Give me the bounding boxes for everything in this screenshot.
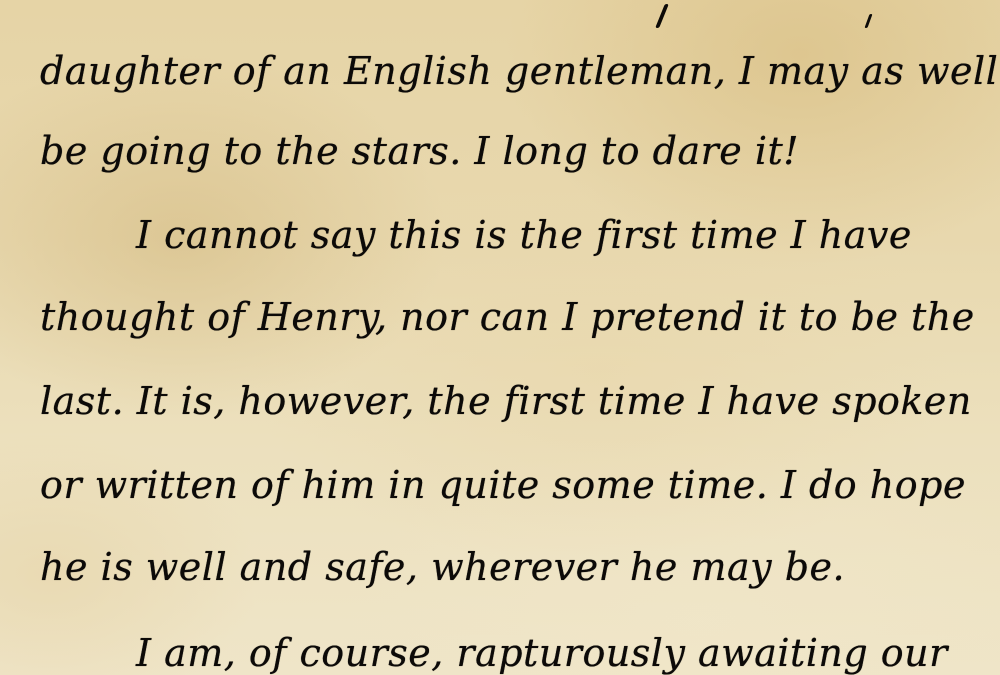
- partial-line-cropped: [660, 0, 870, 34]
- letter-page: daughter of an English gentleman, I may …: [0, 0, 1000, 675]
- letter-line-4: thought of Henry, nor can I pretend it t…: [40, 298, 975, 336]
- descender-stroke: [865, 14, 873, 28]
- letter-line-6: or written of him in quite some time. I …: [40, 466, 966, 504]
- letter-line-1: daughter of an English gentleman, I may …: [40, 52, 998, 90]
- descender-stroke: [655, 4, 669, 28]
- letter-line-2: be going to the stars. I long to dare it…: [40, 132, 799, 170]
- letter-line-3: I cannot say this is the first time I ha…: [136, 216, 912, 254]
- letter-line-7: he is well and safe, wherever he may be.: [40, 548, 845, 586]
- letter-line-8: I am, of course, rapturously awaiting ou…: [136, 634, 948, 672]
- letter-line-5: last. It is, however, the first time I h…: [40, 382, 972, 420]
